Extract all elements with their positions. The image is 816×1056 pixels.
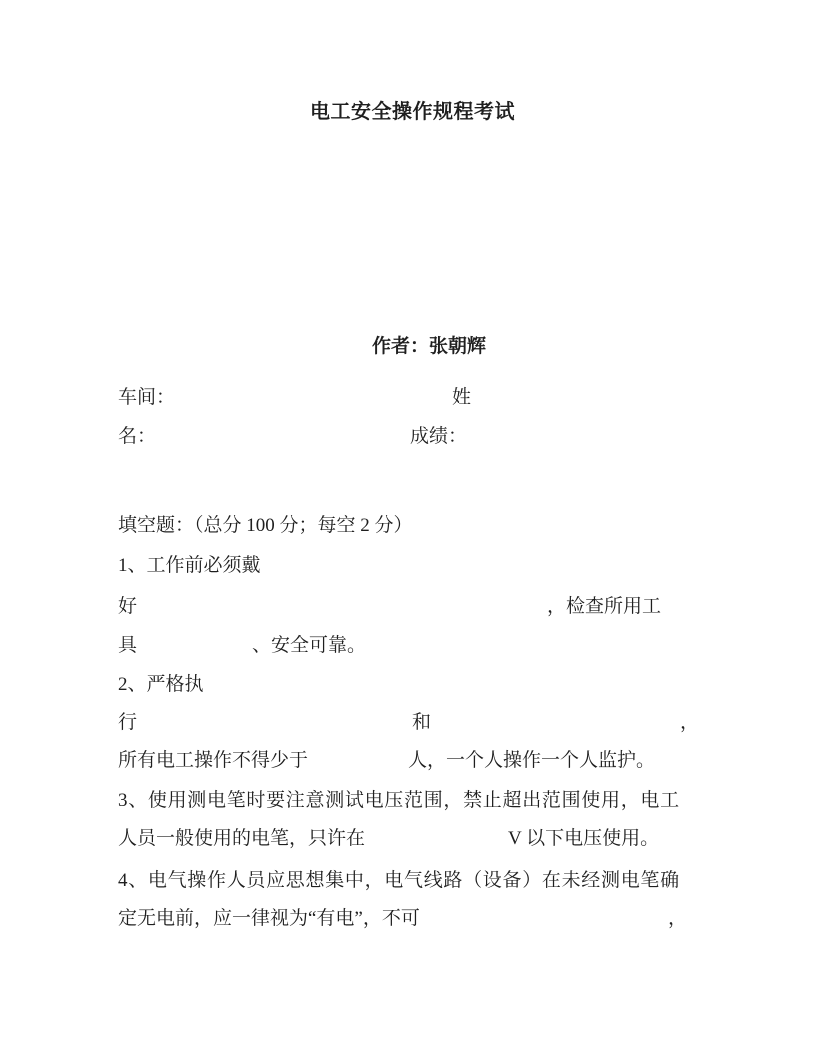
text-segment: ，检查所用工 bbox=[547, 591, 661, 618]
text-segment: 人，一个人操作一个人监护。 bbox=[408, 745, 655, 772]
text-segment: 填空题：（总分 100 分；每空 2 分） bbox=[118, 510, 413, 537]
text-segment: 1、工作前必须戴 bbox=[118, 550, 261, 577]
text-segment: 定无电前，应一律视为“有电”，不可 bbox=[118, 903, 420, 930]
text-line: 人员一般使用的电笔，只许在V 以下电压使用。 bbox=[0, 823, 816, 853]
text-segment: 4、电气操作人员应思想集中，电气线路（设备）在未经测电笔确 bbox=[118, 865, 680, 892]
text-segment: V 以下电压使用。 bbox=[508, 823, 659, 850]
text-segment: ， bbox=[680, 707, 699, 734]
text-segment: 名： bbox=[118, 421, 156, 448]
document-page: 电工安全操作规程考试 作者：张朝辉 车间：姓名：成绩：填空题：（总分 100 分… bbox=[0, 0, 816, 1056]
text-segment: 和 bbox=[412, 707, 431, 734]
text-segment: 具 bbox=[118, 630, 137, 657]
author-line: 作者：张朝辉 bbox=[372, 331, 486, 358]
text-segment: 车间： bbox=[118, 382, 175, 409]
text-line: 行和， bbox=[0, 707, 816, 737]
text-segment: ， bbox=[668, 903, 687, 930]
text-line: 所有电工操作不得少于人，一个人操作一个人监护。 bbox=[0, 745, 816, 775]
text-line: 好，检查所用工 bbox=[0, 591, 816, 621]
text-line: 具、安全可靠。 bbox=[0, 630, 816, 660]
text-segment: 2、严格执 bbox=[118, 669, 204, 696]
text-line: 2、严格执 bbox=[0, 669, 816, 699]
text-segment: 、安全可靠。 bbox=[252, 630, 366, 657]
text-segment: 姓 bbox=[452, 382, 471, 409]
text-line: 定无电前，应一律视为“有电”，不可， bbox=[0, 903, 816, 933]
text-line: 车间：姓 bbox=[0, 382, 816, 412]
text-line: 1、工作前必须戴 bbox=[0, 550, 816, 580]
text-segment: 人员一般使用的电笔，只许在 bbox=[118, 823, 365, 850]
text-line: 填空题：（总分 100 分；每空 2 分） bbox=[0, 510, 816, 540]
text-line: 名：成绩： bbox=[0, 421, 816, 451]
document-title: 电工安全操作规程考试 bbox=[310, 95, 515, 124]
text-segment: 行 bbox=[118, 707, 137, 734]
text-segment: 成绩： bbox=[410, 421, 467, 448]
text-segment: 所有电工操作不得少于 bbox=[118, 745, 308, 772]
text-segment: 好 bbox=[118, 591, 137, 618]
text-line: 4、电气操作人员应思想集中，电气线路（设备）在未经测电笔确 bbox=[0, 865, 816, 895]
text-segment: 3、使用测电笔时要注意测试电压范围，禁止超出范围使用，电工 bbox=[118, 785, 680, 812]
text-line: 3、使用测电笔时要注意测试电压范围，禁止超出范围使用，电工 bbox=[0, 785, 816, 815]
